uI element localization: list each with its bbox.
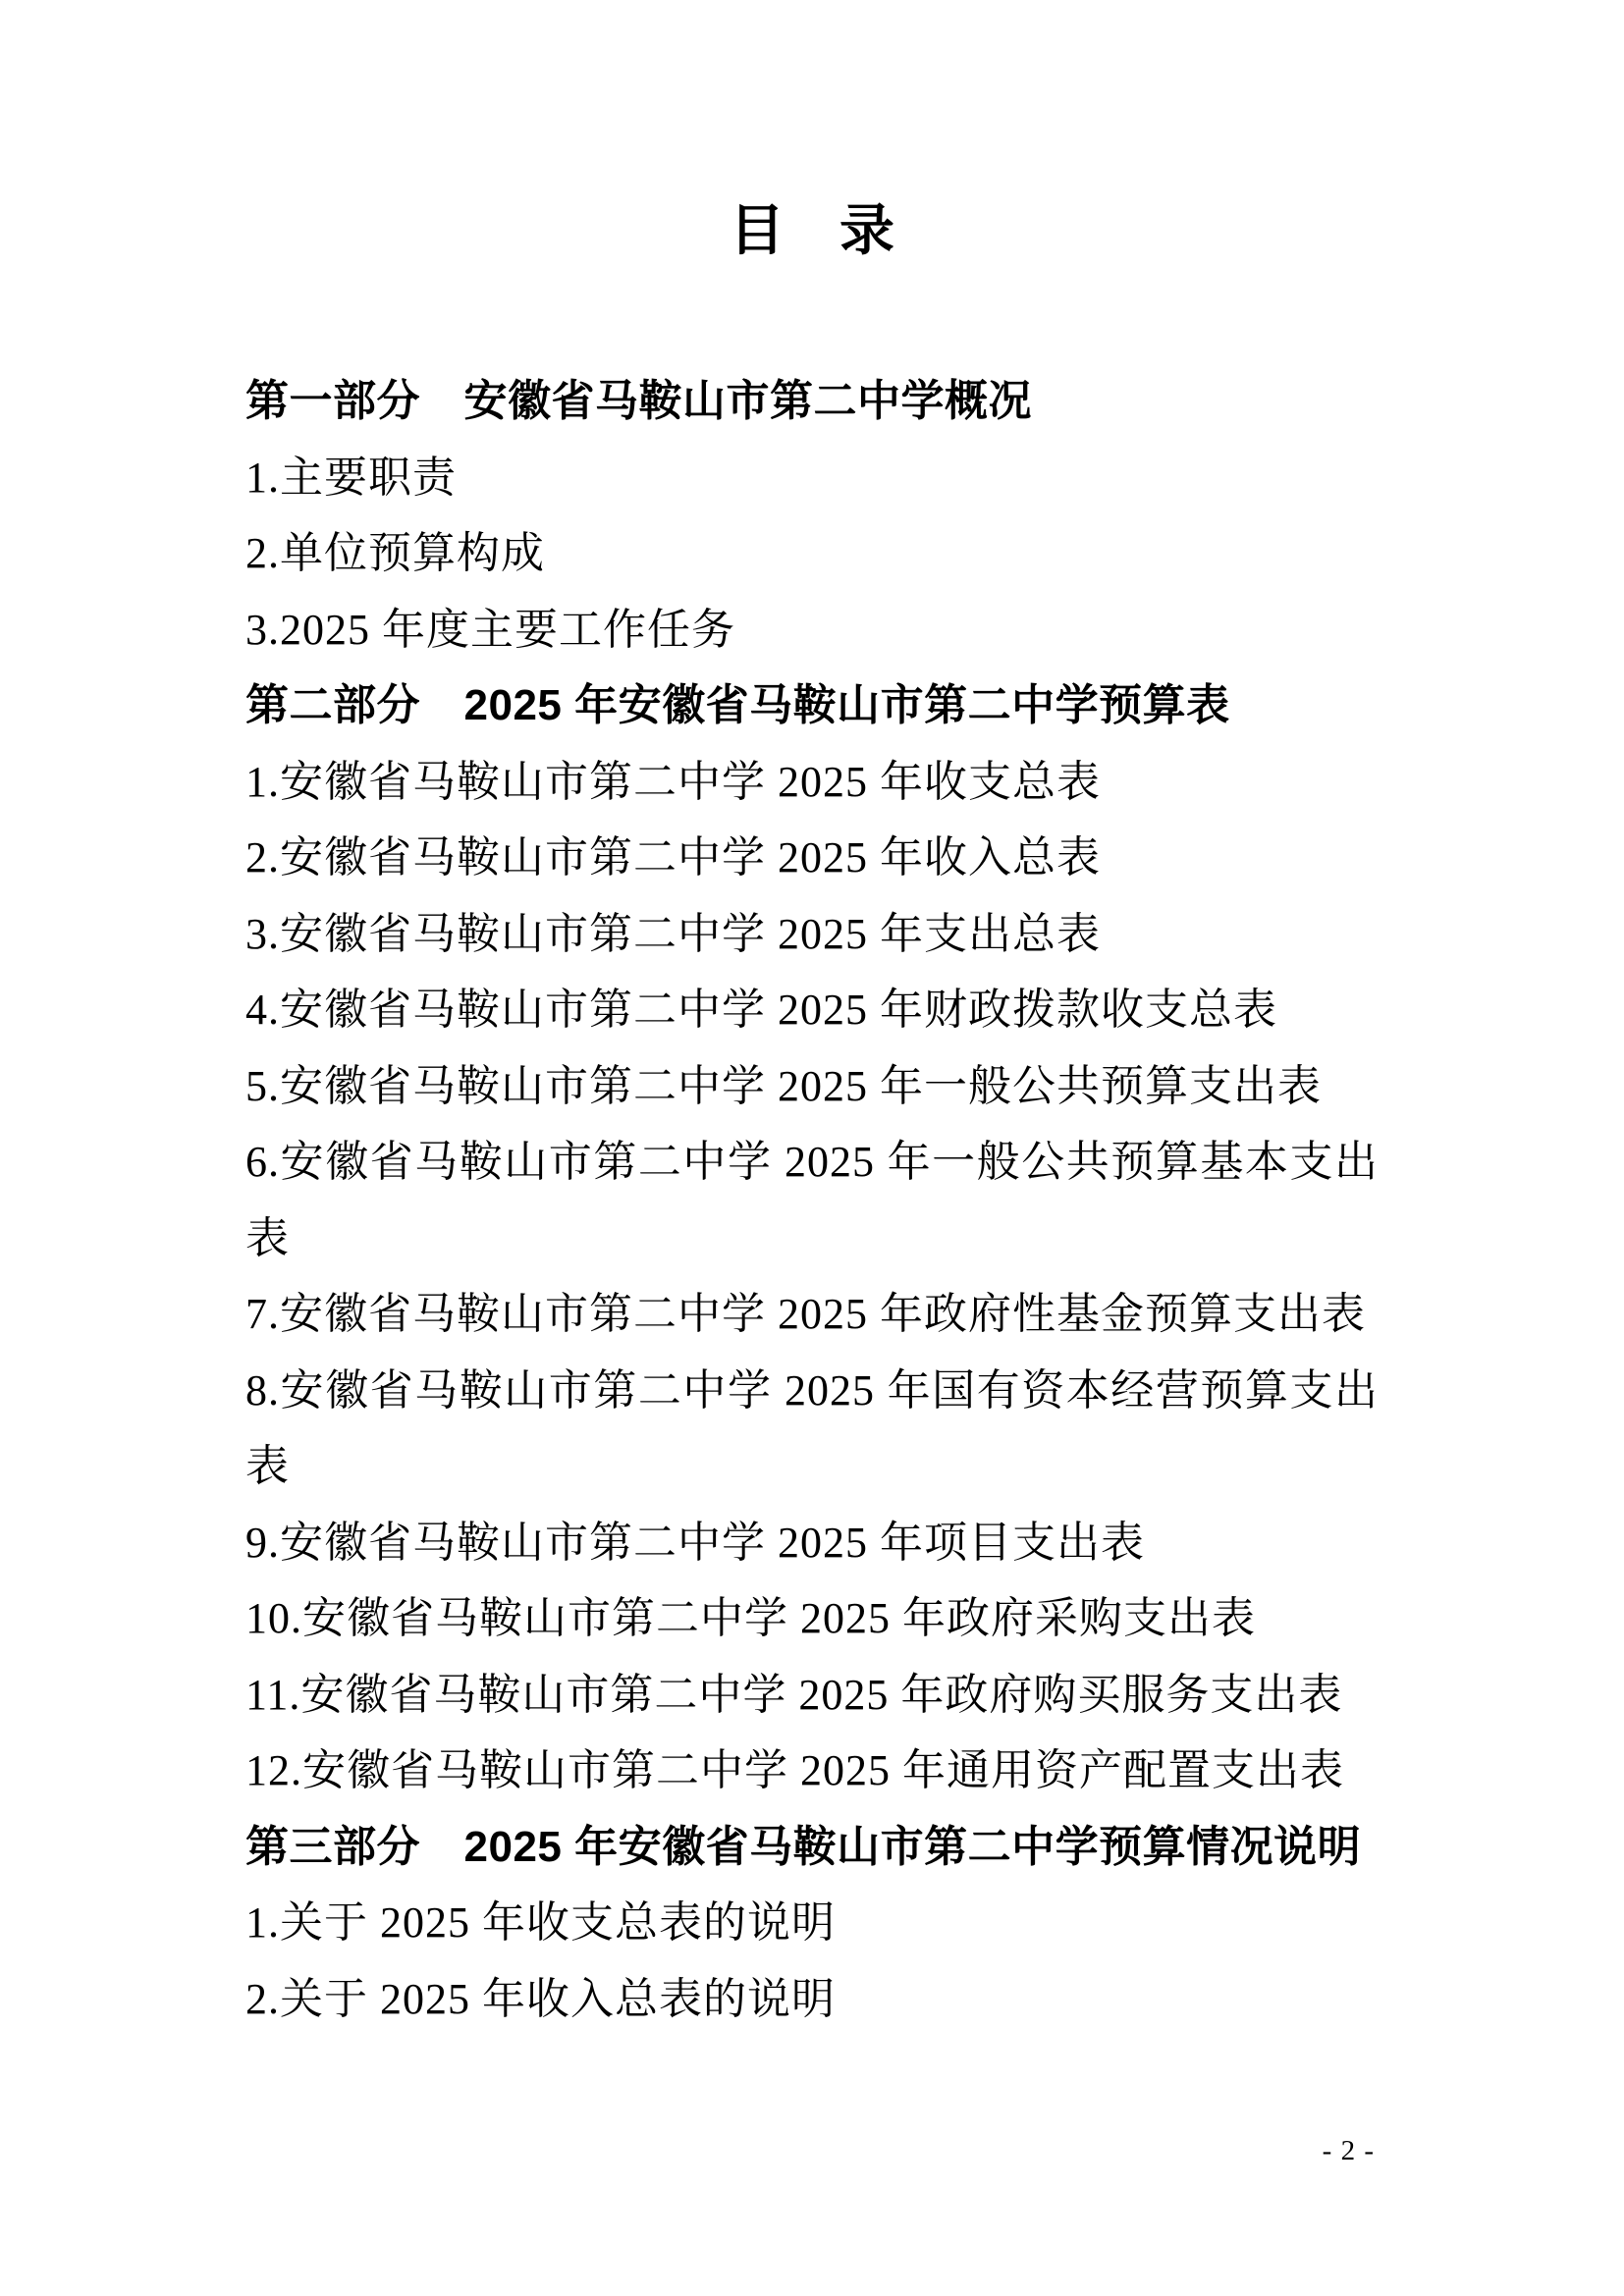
toc-item: 3.安徽省马鞍山市第二中学 2025 年支出总表: [245, 896, 1379, 973]
toc-section-heading: 第一部分 安徽省马鞍山市第二中学概况: [245, 363, 1379, 440]
toc-item: 7.安徽省马鞍山市第二中学 2025 年政府性基金预算支出表: [245, 1276, 1379, 1353]
toc-item: 12.安徽省马鞍山市第二中学 2025 年通用资产配置支出表: [245, 1733, 1379, 1809]
toc-section-heading: 第三部分 2025 年安徽省马鞍山市第二中学预算情况说明: [245, 1809, 1379, 1886]
toc-item: 表: [245, 1201, 1379, 1277]
toc-item: 9.安徽省马鞍山市第二中学 2025 年项目支出表: [245, 1505, 1379, 1581]
toc-item: 1.关于 2025 年收支总表的说明: [245, 1885, 1379, 1961]
toc-item: 6.安徽省马鞍山市第二中学 2025 年一般公共预算基本支出: [245, 1124, 1379, 1201]
toc-item: 5.安徽省马鞍山市第二中学 2025 年一般公共预算支出表: [245, 1048, 1379, 1125]
toc-item: 11.安徽省马鞍山市第二中学 2025 年政府购买服务支出表: [245, 1657, 1379, 1734]
page-title: 目 录: [0, 200, 1624, 261]
toc-item: 4.安徽省马鞍山市第二中学 2025 年财政拨款收支总表: [245, 972, 1379, 1048]
toc-item: 2.安徽省马鞍山市第二中学 2025 年收入总表: [245, 820, 1379, 896]
document-page: 目 录 第一部分 安徽省马鞍山市第二中学概况1.主要职责2.单位预算构成3.20…: [0, 0, 1624, 2296]
toc-item: 8.安徽省马鞍山市第二中学 2025 年国有资本经营预算支出: [245, 1353, 1379, 1429]
toc-item: 表: [245, 1428, 1379, 1505]
toc-item: 2.关于 2025 年收入总表的说明: [245, 1961, 1379, 2038]
toc-item: 1.主要职责: [245, 440, 1379, 516]
toc-section-heading: 第二部分 2025 年安徽省马鞍山市第二中学预算表: [245, 667, 1379, 744]
toc-item: 1.安徽省马鞍山市第二中学 2025 年收支总表: [245, 744, 1379, 821]
toc-item: 2.单位预算构成: [245, 515, 1379, 592]
toc-item: 3.2025 年度主要工作任务: [245, 592, 1379, 668]
page-number: - 2 -: [1323, 2134, 1375, 2167]
toc-list: 第一部分 安徽省马鞍山市第二中学概况1.主要职责2.单位预算构成3.2025 年…: [245, 363, 1379, 2037]
toc-item: 10.安徽省马鞍山市第二中学 2025 年政府采购支出表: [245, 1580, 1379, 1657]
